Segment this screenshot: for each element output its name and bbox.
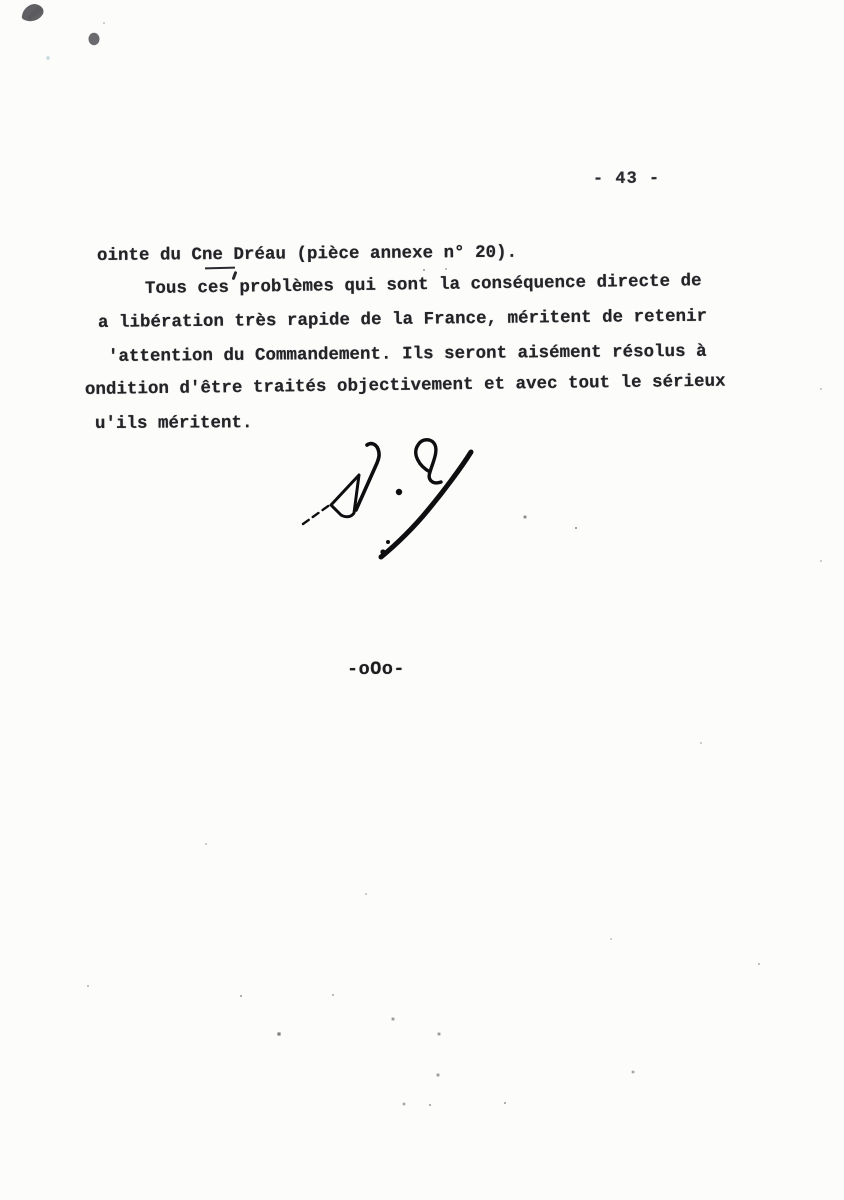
- scan-speckles: [0, 0, 2, 2]
- end-ornament: -oOo-: [347, 661, 405, 680]
- text-line: a libération très rapide de la France, m…: [98, 309, 707, 333]
- name-underline: [205, 267, 235, 270]
- ink-stain: [0, 0, 130, 70]
- text-line: 'attention du Commandement. Ils seront a…: [108, 344, 707, 367]
- text-line: ointe du Cne Dréau (pièce annexe n° 20).: [97, 245, 517, 266]
- text-line: ondition d'être traités objectivement et…: [85, 374, 726, 400]
- page-number: - 43 -: [593, 171, 660, 188]
- text-line: Tous ces problèmes qui sont la conséquen…: [145, 273, 702, 298]
- text-line: u'ils méritent.: [95, 415, 253, 433]
- scanned-document-page: - 43 - ointe du Cne Dréau (pièce annexe …: [0, 0, 844, 1200]
- signature-mark: [293, 430, 483, 570]
